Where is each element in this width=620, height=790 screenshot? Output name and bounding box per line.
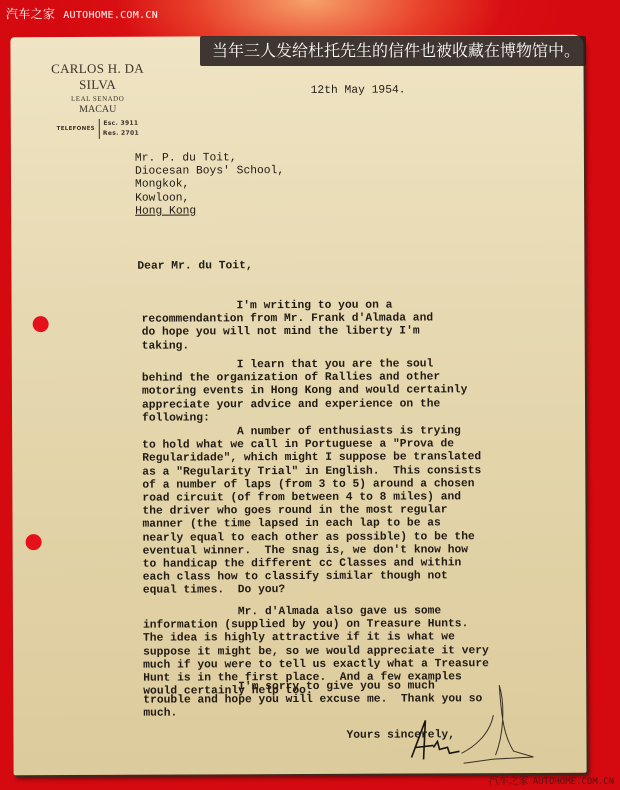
letter-date: 12th May 1954.: [311, 85, 406, 99]
watermark-brand-cn: 汽车之家: [6, 7, 55, 21]
watermark-brand-en: AUTOHOME.COM.CN: [533, 777, 614, 787]
letterhead-city: MACAU: [33, 104, 163, 116]
watermark-top: 汽车之家AUTOHOME.COM.CN: [6, 5, 158, 22]
tel-residence: Res. 2701: [103, 130, 139, 137]
letterhead-name: CARLOS H. DA SILVA: [32, 61, 162, 94]
paragraph-intro: I'm writing to you on a recommendantion …: [142, 299, 434, 353]
paragraph-regularity-trial: A number of enthusiasts is trying to hol…: [142, 425, 482, 598]
telephone-numbers: Esc. 3911 Res. 2701: [99, 119, 139, 139]
letter-paper: CARLOS H. DA SILVA LEAL SENADO MACAU TEL…: [10, 35, 586, 775]
watermark-brand-cn: 汽车之家: [489, 776, 529, 787]
address-line: Diocesan Boys' School,: [135, 165, 284, 178]
paragraph-rallies: I learn that you are the soul behind the…: [142, 358, 468, 425]
punch-hole: [33, 316, 49, 332]
watermark-brand-en: AUTOHOME.COM.CN: [63, 10, 158, 21]
watermark-bottom: 汽车之家AUTOHOME.COM.CN: [489, 772, 614, 787]
punch-hole: [26, 534, 42, 550]
tel-office: Esc. 3911: [103, 120, 138, 127]
letterhead-telephones: TELEFONES Esc. 3911 Res. 2701: [33, 119, 163, 140]
recipient-address: Mr. P. du Toit, Diocesan Boys' School, M…: [135, 152, 284, 219]
caption-overlay: 当年三人发给杜托先生的信件也被收藏在博物馆中。: [200, 36, 586, 66]
signature-icon: [403, 675, 543, 766]
letterhead-office: LEAL SENADO: [33, 95, 163, 104]
telephones-label: TELEFONES: [57, 126, 95, 132]
address-line: Kowloon,: [135, 192, 189, 204]
address-line: Mongkok,: [135, 179, 189, 191]
salutation: Dear Mr. du Toit,: [137, 260, 252, 274]
address-line: Mr. P. du Toit,: [135, 152, 237, 164]
address-line: Hong Kong: [135, 205, 196, 217]
letterhead: CARLOS H. DA SILVA LEAL SENADO MACAU TEL…: [32, 61, 162, 140]
